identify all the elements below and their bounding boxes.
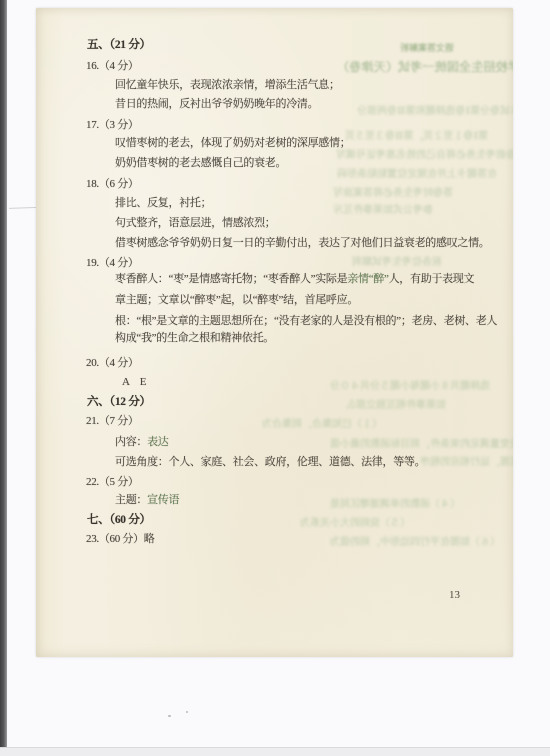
q20-label: 20.（4 分） [86,357,139,370]
q18-answer-line: 借枣树感念爷爷奶奶日复一日的辛勤付出，表达了对他们日益衰老的感叹之情。 [115,237,490,250]
bleedthrough-line: （２）设变量满足约束条件，则目标函数的最小值 [330,439,513,451]
bleedthrough-line: 如果事件相互独立那么 [346,400,446,412]
q21-line1-plain: 内容： [115,436,147,448]
q17-answer-line: 奶奶借枣树的老去感慨自己的衰老。 [115,157,286,170]
q22-line1-plain: 主题： [115,494,147,506]
q17-answer-line: 叹惜枣树的老去，体现了奶奶对老树的深厚感情； [115,137,350,150]
q19-answer-line: 枣香醉人：“枣”是情感寄托物；“枣香醉人”实际是亲情“醉”人，有助于表现文 [115,273,474,286]
bleedthrough-line: （４）函数的单调递增区间是 [330,499,460,511]
q17-label: 17.（3 分） [86,119,139,132]
q18-answer-line: 排比、反复，衬托； [115,197,211,210]
q21-answer-line: 内容：表达 [115,436,169,449]
bleedthrough-header-blob: 语文答案解析 [400,42,454,54]
bleedthrough-line: 祝各位考生考试顺利 [352,257,442,269]
bleedthrough-line: 本试卷分第Ⅰ卷选择题和第Ⅱ卷两部分 [357,106,513,118]
q19-answer-line: 章主题；文章以“醉枣”起，以“醉枣”结，首尾呼应。 [115,294,358,307]
bleedthrough-line: 选择题共８小题每小题５分共４０分 [330,381,490,393]
bleedthrough-line: （５）设则的大小关系为 [300,518,410,530]
section-6-heading: 六、（12 分） [87,396,151,409]
bleedthrough-line: 答卷时考生务必将答案涂写 [333,188,453,200]
q19-answer-line: 根：“根”是文章的主题思想所在；“没有老家的人是没有根的”；老房、老树、老人 [115,315,497,328]
section-7-heading: 七、（60 分） [87,514,151,527]
bleedthrough-exam-title: 2014 年普通高等学校招生全国统一考试（天津卷） [337,61,513,73]
bleedthrough-line: （３）阅读右边的程序框图，运行相应的程序 [420,457,513,469]
q18-answer-line: 句式整齐，语意层进，情感浓烈； [115,217,276,230]
q18-label: 18.（6 分） [86,178,139,191]
q19-line1-green: 亲情“醉” [347,273,388,285]
q21-line1-green: 表达 [147,436,168,448]
q22-answer-line: 主题：宣传语 [115,494,179,507]
q19-line1-plain: 人，有助于表现文 [389,273,475,285]
q19-answer-line: 构成“我”的生命之根和精神依托。 [115,332,274,345]
scanned-answer-key-page: 语文答案解析 2014 年普通高等学校招生全国统一考试（天津卷） 本试卷分第Ⅰ卷… [36,8,513,657]
q21-answer-line: 可选角度：个人、家庭、社会、政府，伦理、道德、法律，等等。 [115,456,425,469]
dust-speck [186,711,188,713]
scanner-bottom-strip [0,747,550,756]
q16-answer-line: 回忆童年快乐，表现浓浓亲情，增添生活气息； [115,79,340,92]
q22-line1-green: 宣传语 [147,494,179,506]
section-5-heading: 五、（21 分） [87,39,151,52]
q21-label: 21.（7 分） [86,415,139,428]
page-number: 13 [449,589,460,601]
q19-line1-plain: 枣香醉人：“枣”是情感寄托物；“枣香醉人”实际是 [115,273,347,285]
q20-answer-line: A E [122,376,146,389]
q23-answer-line: 23.（60 分）略 [86,533,155,546]
q16-label: 16.（4 分） [86,60,139,73]
scanner-edge-strip [0,0,7,756]
bleedthrough-line: （１）已知集合，则集合为 [262,419,382,431]
bleedthrough-line: 第Ⅰ卷１至２页，第Ⅱ卷３至５页 [345,131,488,143]
bleedthrough-line: （６）如图在平行四边形中，则的值为 [330,537,500,549]
bleedthrough-line: 在答题卡上并在规定位置粘贴条形码 [337,169,497,181]
dust-speck [168,715,171,717]
bleedthrough-line: 参考公式如果事件互斥 [333,205,433,217]
q19-label: 19.（4 分） [86,257,139,270]
bleedthrough-line: 答卷前考生务必将自己的姓名准考证号填写 [336,150,513,162]
q22-label: 22.（5 分） [86,476,139,489]
q16-answer-line: 昔日的热闹，反衬出爷爷奶奶晚年的冷清。 [115,98,318,111]
